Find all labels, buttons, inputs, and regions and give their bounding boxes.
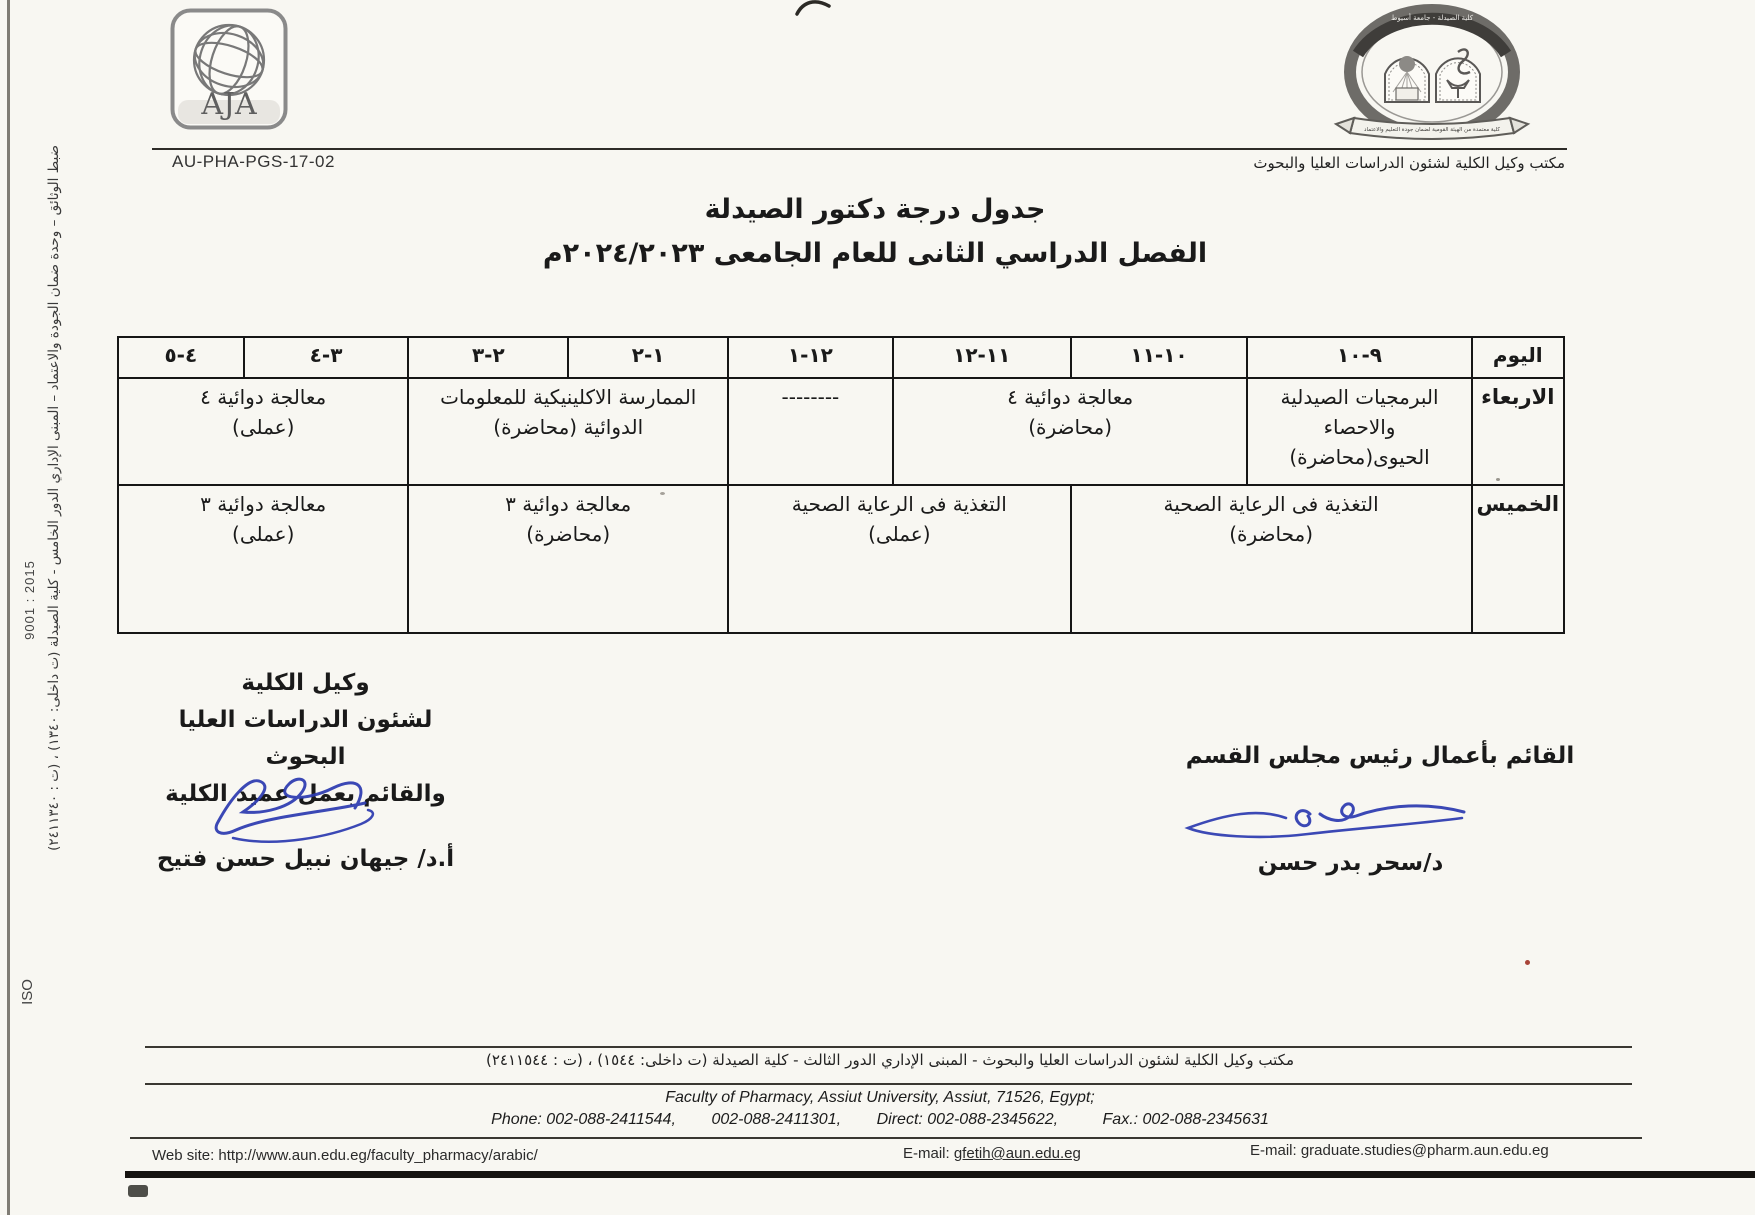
scan-blotch: [128, 1185, 148, 1197]
email-label: E-mail:: [903, 1145, 954, 1162]
emblem-top-text: كلية الصيدلة - جامعة أسيوط: [1391, 13, 1474, 22]
document-title-line2: الفصل الدراسي الثانى للعام الجامعى ٢٠٢٤/…: [400, 238, 1350, 269]
schedule-cell: معالجة دوائية ٤ (عملى): [118, 378, 408, 485]
schedule-table: اليوم ٩-١٠ ١٠-١١ ١١-١٢ ١٢-١ ١-٢ ٢-٣ ٣-٤ …: [117, 336, 1565, 634]
time-header-cell: ١٠-١١: [1071, 337, 1248, 378]
department-head-title: القائم بأعمال رئيس مجلس القسم: [1145, 743, 1615, 769]
bottom-scan-bar: [125, 1171, 1755, 1178]
vice-dean-title-line: وكيل الكلية: [138, 665, 473, 702]
vice-dean-name: أ.د/ جيهان نبيل حسن فتيح: [118, 846, 493, 872]
aja-text: AJA: [200, 87, 257, 122]
emblem-ribbon-text: كلية معتمدة من الهيئة القومية لضمان جودة…: [1364, 126, 1500, 133]
signature-ink-icon: [205, 768, 420, 856]
schedule-cell: الممارسة الاكلينيكية للمعلومات الدوائية …: [408, 378, 728, 485]
office-label: مكتب وكيل الكلية لشئون الدراسات العليا و…: [1160, 154, 1565, 172]
faculty-emblem-icon: كلية الصيدلة - جامعة أسيوط كلية معتمدة م…: [1330, 4, 1535, 146]
scan-mark: [795, 0, 835, 16]
scan-edge-line: [7, 0, 10, 1215]
quality-unit-side-note: ضبط الوثائق – وحدة ضمان الجودة والاعتماد…: [46, 145, 68, 1025]
footer-divider: [145, 1083, 1632, 1085]
website-url: http://www.aun.edu.eg/faculty_pharmacy/a…: [218, 1147, 537, 1164]
footer-email-1: E-mail: gfetih@aun.edu.eg: [903, 1145, 1081, 1162]
footer-website: Web site: http://www.aun.edu.eg/faculty_…: [152, 1147, 538, 1164]
iso-label: ISO: [19, 952, 37, 1032]
schedule-cell: معالجة دوائية ٣ (عملى): [118, 485, 408, 633]
schedule-header-row: اليوم ٩-١٠ ١٠-١١ ١١-١٢ ١٢-١ ١-٢ ٢-٣ ٣-٤ …: [118, 337, 1564, 378]
schedule-cell: التغذية فى الرعاية الصحية (محاضرة): [1071, 485, 1472, 633]
time-header-cell: ٢-٣: [408, 337, 568, 378]
scan-speck: [1525, 960, 1530, 965]
email-address: gfetih@aun.edu.eg: [954, 1145, 1081, 1162]
footer-email-2: E-mail: graduate.studies@pharm.aun.edu.e…: [1250, 1142, 1549, 1159]
footer-arabic-address: مكتب وكيل الكلية لشئون الدراسات العليا و…: [160, 1051, 1620, 1069]
website-label: Web site:: [152, 1147, 218, 1164]
footer-phone-numbers: Phone: 002-088-2411544, 002-088-2411301,…: [160, 1111, 1600, 1129]
faculty-emblem: كلية الصيدلة - جامعة أسيوط كلية معتمدة م…: [1330, 4, 1535, 150]
document-code: AU-PHA-PGS-17-02: [172, 152, 335, 172]
schedule-row-wednesday: الاربعاء البرمجيات الصيدلية والاحصاء الح…: [118, 378, 1564, 485]
email-address: graduate.studies@pharm.aun.edu.eg: [1301, 1142, 1549, 1159]
time-header-cell: ١٢-١: [728, 337, 893, 378]
scan-speck: [1496, 478, 1500, 481]
time-header-cell: ١١-١٢: [893, 337, 1071, 378]
signature-ink-icon: [1178, 784, 1470, 856]
time-header-cell: ٤-٥: [118, 337, 244, 378]
footer-divider: [130, 1137, 1642, 1139]
footer-divider: [145, 1046, 1632, 1048]
schedule-cell: معالجة دوائية ٤ (محاضرة): [893, 378, 1248, 485]
scanned-document: ضبط الوثائق – وحدة ضمان الجودة والاعتماد…: [0, 0, 1755, 1215]
schedule-cell: معالجة دوائية ٣ (محاضرة): [408, 485, 728, 633]
aja-logo: AJA: [170, 8, 288, 130]
document-title-line1: جدول درجة دكتور الصيدلة: [400, 194, 1350, 225]
day-cell: الاربعاء: [1472, 378, 1564, 485]
time-header-cell: ٩-١٠: [1247, 337, 1471, 378]
department-head-name: د/سحر بدر حسن: [1228, 850, 1473, 876]
schedule-cell: --------: [728, 378, 893, 485]
time-header-cell: ١-٢: [568, 337, 728, 378]
schedule-row-thursday: الخميس التغذية فى الرعاية الصحية (محاضرة…: [118, 485, 1564, 633]
time-header-cell: ٣-٤: [244, 337, 409, 378]
footer-english-address: Faculty of Pharmacy, Assiut University, …: [160, 1089, 1600, 1107]
department-head-signature: [1178, 784, 1470, 860]
schedule-cell: التغذية فى الرعاية الصحية (عملى): [728, 485, 1071, 633]
day-cell: الخميس: [1472, 485, 1564, 633]
aja-globe-icon: AJA: [170, 8, 288, 130]
email-label: E-mail:: [1250, 1142, 1301, 1159]
vice-dean-title-line: لشئون الدراسات العليا البحوث: [138, 702, 473, 776]
schedule-cell: البرمجيات الصيدلية والاحصاء الحيوى(محاضر…: [1247, 378, 1471, 485]
iso-standard-number: 9001 : 2015: [22, 450, 38, 750]
scan-speck: [660, 492, 665, 495]
day-header-cell: اليوم: [1472, 337, 1564, 378]
